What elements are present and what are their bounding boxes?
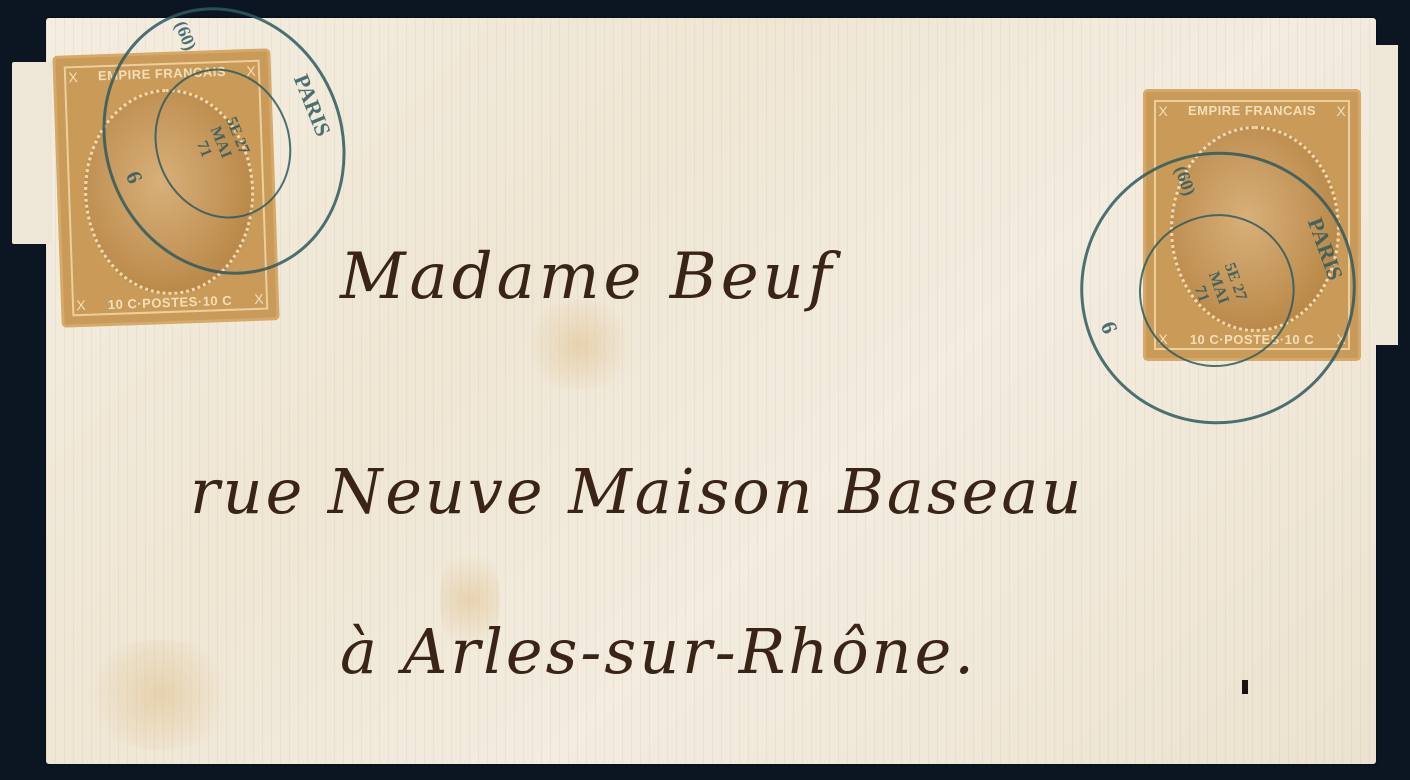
address-street: rue Neuve Maison Baseau [190, 455, 1084, 528]
address-city: à Arles-sur-Rhône. [340, 615, 977, 688]
foxing-stain [80, 640, 240, 750]
ink-mark [1242, 680, 1248, 694]
address-recipient: Madame Beuf [340, 240, 836, 314]
cover-flap-right [1370, 45, 1398, 345]
stamp-top-text: EMPIRE FRANCAIS [1146, 103, 1358, 118]
cover-flap-left [12, 62, 52, 244]
